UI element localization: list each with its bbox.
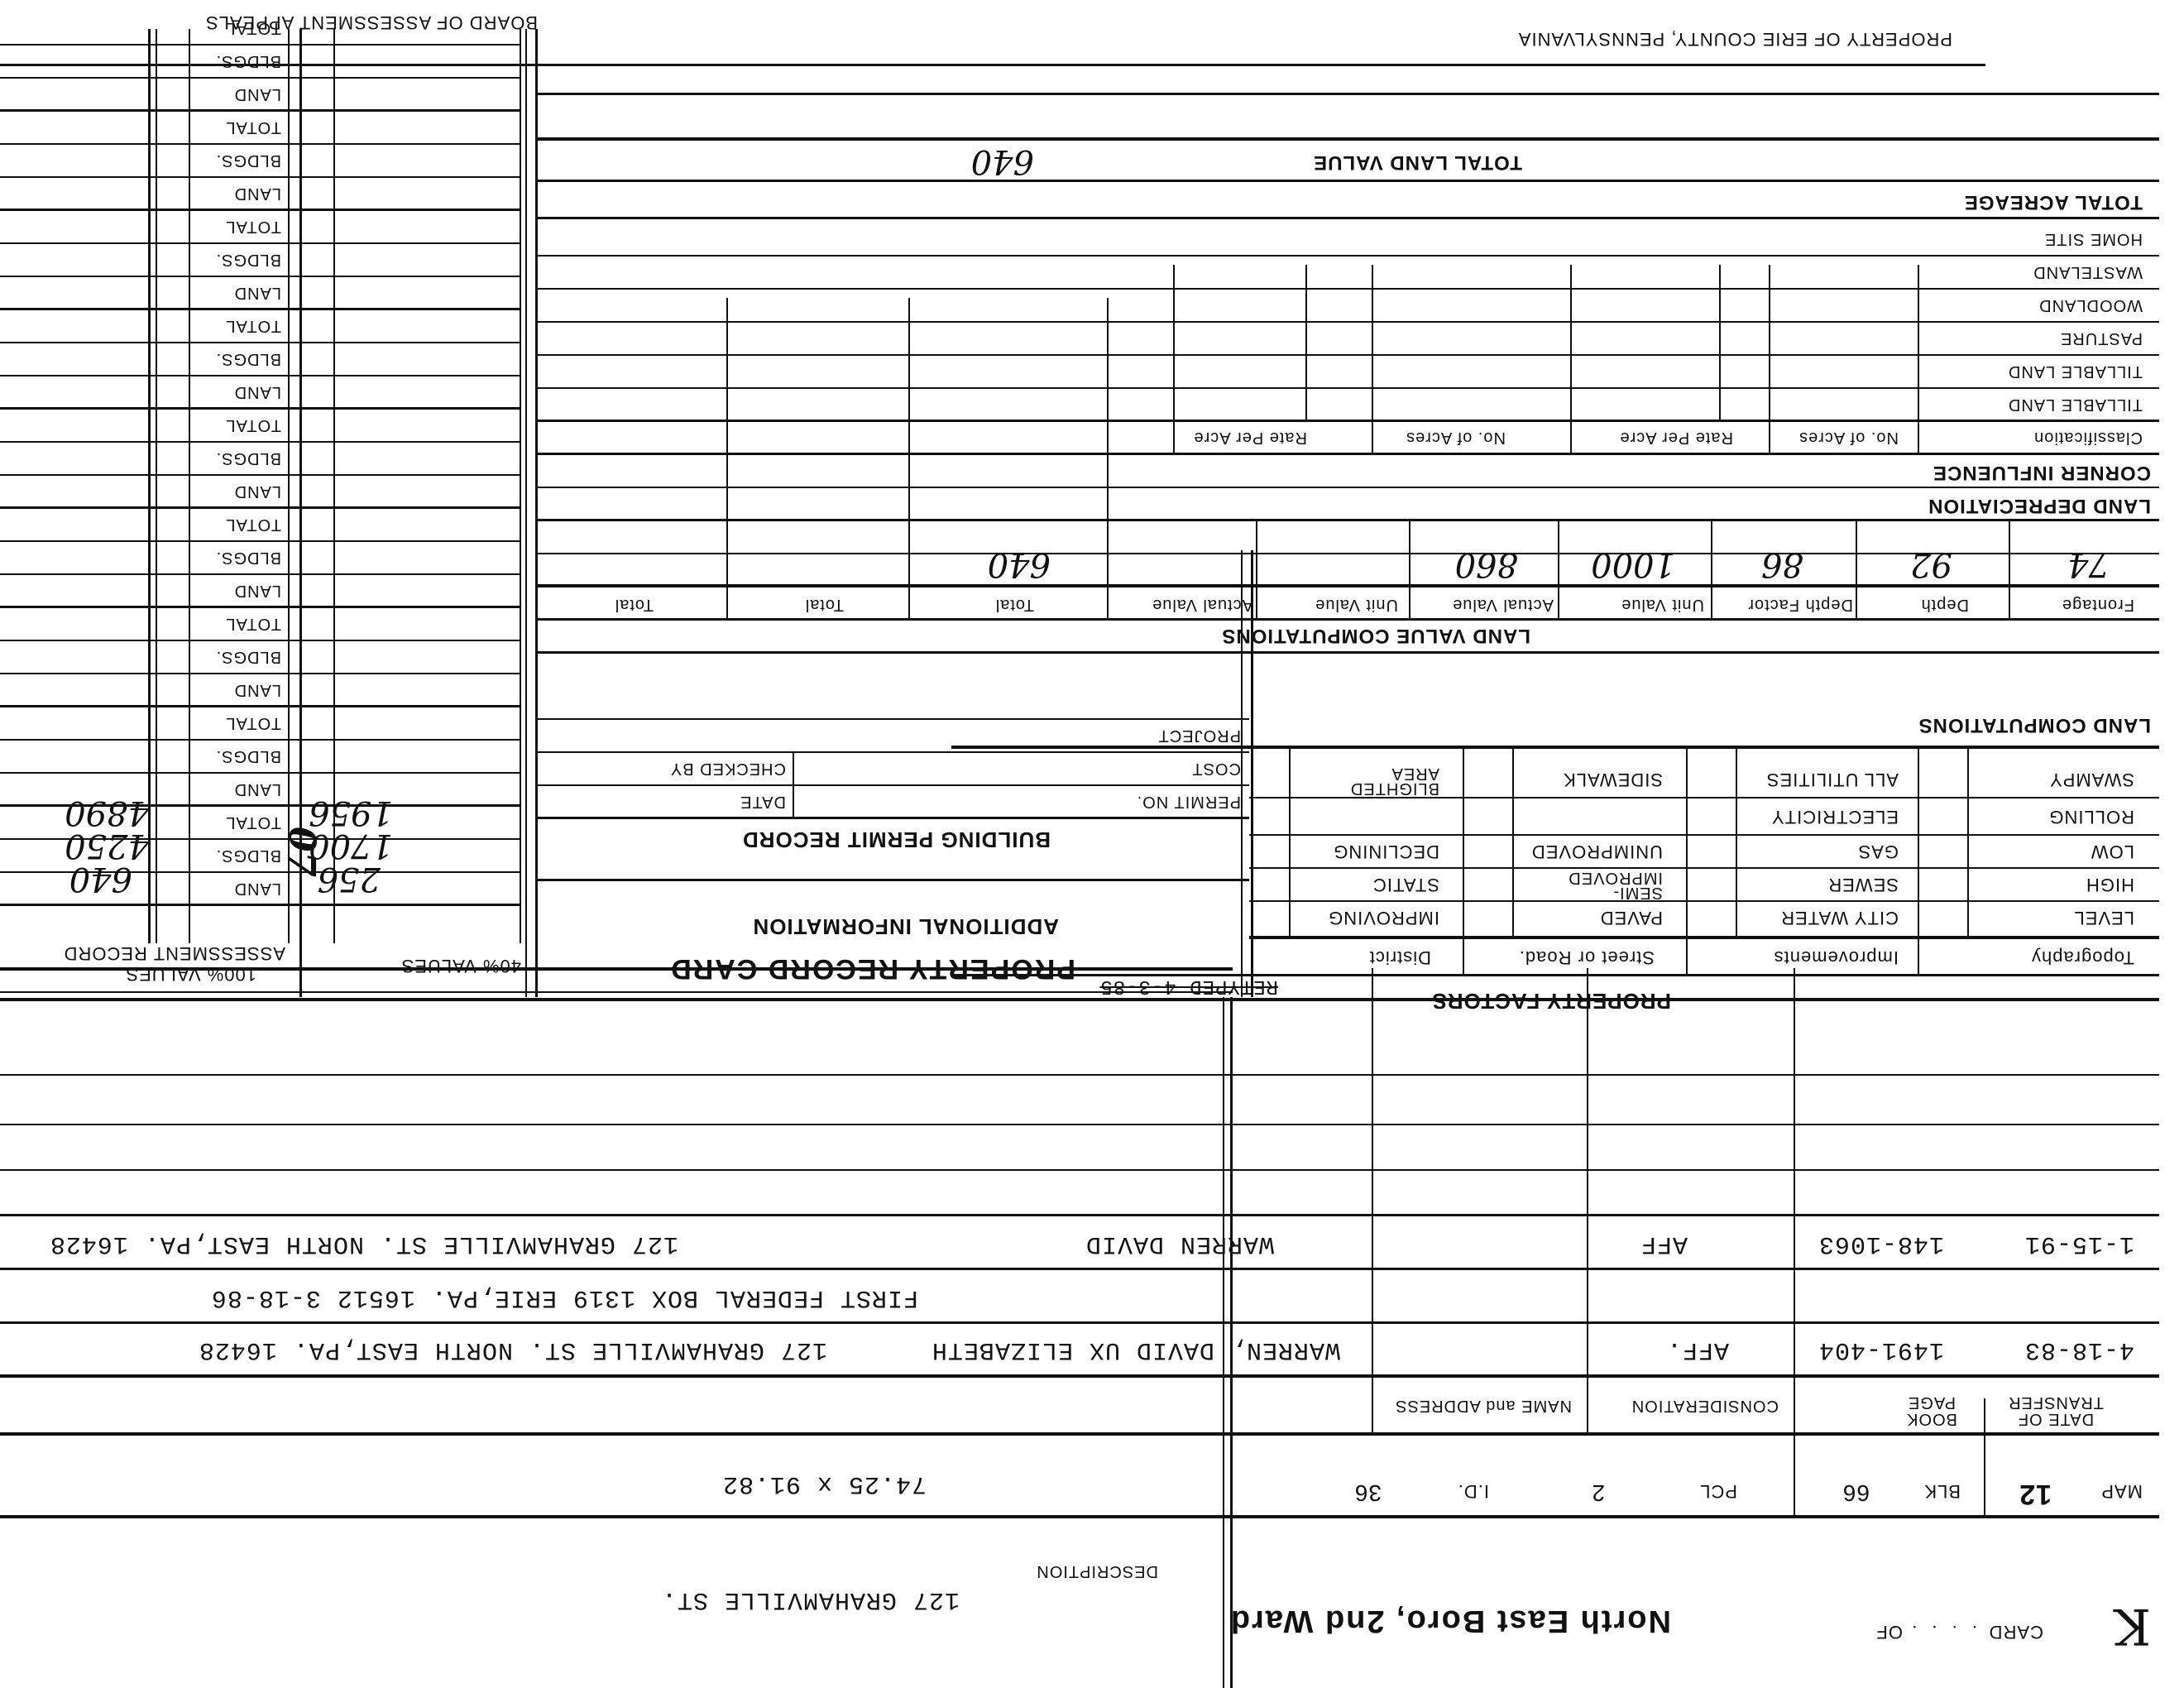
assessment-row-label: BLDGS. xyxy=(216,746,281,765)
assessment-row-label: LAND xyxy=(234,482,281,501)
assessment-row-line xyxy=(0,474,521,476)
assessment-row-label: BLDGS. xyxy=(216,151,281,170)
assessment-row-label: LAND xyxy=(234,879,281,898)
pcl-label: PCL xyxy=(1699,1480,1737,1502)
factor-paved: PAVED xyxy=(1600,907,1663,928)
lv-frontage-value: 74 xyxy=(2067,545,2110,583)
lv-header-depth: Depth xyxy=(1921,595,1969,614)
assessment-row-line xyxy=(0,640,521,641)
district-name: North East Boro, 2nd Ward xyxy=(1229,1603,1671,1638)
factor-all-utilities: ALL UTILITIES xyxy=(1766,769,1899,790)
assessment-row-line xyxy=(0,44,521,46)
transfer-row-1-address: 127 GRAHAMVILLE ST. NORTH EAST,PA. 16428 xyxy=(199,1336,827,1364)
acreage-row-total: TOTAL ACREAGE xyxy=(1964,190,2143,213)
acreage-row-tillable-1: TILLABLE LAND xyxy=(2008,395,2143,414)
assessment-row-line xyxy=(0,506,521,509)
lv-header-unit-value: Unit Value xyxy=(1621,595,1704,614)
assessment-row-line xyxy=(0,441,521,443)
transfer-row-3-book: 148-1063 xyxy=(1818,1230,1944,1258)
assessment-row-label: TOTAL xyxy=(225,515,281,534)
blk-label: BLK xyxy=(1923,1480,1961,1502)
total-land-value-label: TOTAL LAND VALUE xyxy=(1313,151,1522,174)
description-label: DESCRIPTION xyxy=(1036,1561,1158,1580)
assessment-row-label: TOTAL xyxy=(225,713,281,732)
value-100-bldgs: 4250 xyxy=(65,827,149,865)
acreage-header-classification: Classification xyxy=(2033,428,2143,447)
assessment-row-line xyxy=(0,407,521,410)
book-page-header: BOOK PAGE xyxy=(1894,1394,1969,1427)
consideration-header: CONSIDERATION xyxy=(1631,1396,1779,1415)
assessment-row-line xyxy=(0,573,521,575)
assessment-row-label: BLDGS. xyxy=(216,51,281,70)
of-label: OF xyxy=(1875,1621,1903,1642)
assessment-row-label: TOTAL xyxy=(225,18,281,37)
permit-no-label: PERMIT NO. xyxy=(1137,792,1241,811)
acreage-header-rate-1: Rate Per Acre xyxy=(1619,428,1733,447)
assessment-row-label: LAND xyxy=(234,680,281,699)
transfer-row-2-address: FIRST FEDERAL BOX 1319 ERIE,PA. 16512 3-… xyxy=(211,1283,918,1312)
pct100-label: 100% VALUES xyxy=(125,963,256,985)
acreage-row-wasteland: WASTELAND xyxy=(2033,262,2143,281)
improvements-header: Improvements xyxy=(1774,947,1899,968)
assessment-row-label: LAND xyxy=(234,283,281,302)
transfer-row-3-date: 1-15-91 xyxy=(2024,1230,2134,1258)
assessment-row-line xyxy=(0,375,521,376)
property-record-card: K CARD . . . . . OF North East Boro, 2nd… xyxy=(0,0,2184,1688)
property-factors-title: PROPERTY FACTORS xyxy=(1431,988,1671,1014)
assessment-row-label: TOTAL xyxy=(225,614,281,633)
factor-sidewalk: SIDEWALK xyxy=(1563,769,1663,790)
assessment-row-label: LAND xyxy=(234,382,281,401)
permit-checked-by-label: CHECKED BY xyxy=(670,759,786,778)
total-land-value: 640 xyxy=(971,142,1034,180)
factor-swampy: SWAMPY xyxy=(2049,769,2134,790)
assessment-row-line xyxy=(0,242,521,244)
lv-unit-value: 1000 xyxy=(1591,545,1675,583)
street-header: Street or Road. xyxy=(1519,947,1655,968)
card-label: CARD xyxy=(1989,1621,2043,1642)
permit-date-label: DATE xyxy=(740,792,786,811)
assessment-row-line xyxy=(0,540,521,542)
acreage-row-pasture: PASTURE xyxy=(2060,328,2143,348)
district-header: District xyxy=(1369,947,1431,968)
acreage-header-no-acres-2: No. of Acres xyxy=(1406,428,1506,447)
land-computations-title: LAND COMPUTATIONS xyxy=(1918,713,2151,736)
assessment-row-line xyxy=(0,673,521,674)
dimensions: 74.25 x 91.82 xyxy=(722,1470,927,1498)
assessment-row-line xyxy=(0,739,521,741)
factor-sewer: SEWER xyxy=(1827,874,1899,895)
factor-low: LOW xyxy=(2091,841,2134,862)
factor-declining: DECLINING xyxy=(1333,841,1439,862)
factor-gas: GAS xyxy=(1858,841,1899,862)
factor-static: STATIC xyxy=(1372,874,1439,895)
acreage-row-woodland: WOODLAND xyxy=(2038,295,2143,314)
map-label: MAP xyxy=(2100,1480,2143,1502)
building-permit-title: BUILDING PERMIT RECORD xyxy=(742,827,1051,852)
lv-header-total-3: Total xyxy=(615,595,654,614)
acreage-header-no-acres-1: No. of Acres xyxy=(1798,428,1899,447)
factor-city-water: CITY WATER xyxy=(1780,907,1899,928)
additional-info-title: ADDITIONAL INFORMATION xyxy=(752,914,1059,939)
factor-semi-improved: SEMI-IMPROVED xyxy=(1539,870,1663,900)
lv-header-frontage: Frontage xyxy=(2062,595,2134,614)
assessment-row-label: BLDGS. xyxy=(216,548,281,567)
name-address-header: NAME and ADDRESS xyxy=(1395,1396,1572,1415)
assessment-row-label: BLDGS. xyxy=(216,250,281,269)
assessment-row-label: BLDGS. xyxy=(216,349,281,368)
assessment-row-line xyxy=(0,109,521,112)
factor-unimproved: UNIMPROVED xyxy=(1531,841,1663,862)
id-label: I.D. xyxy=(1458,1480,1489,1502)
transfer-row-1-name: WARREN, DAVID UX ELIZABETH xyxy=(932,1336,1340,1364)
assessment-row-label: LAND xyxy=(234,184,281,203)
transfer-row-3-name: WARREN DAVID xyxy=(1085,1230,1274,1258)
transfer-row-3-consideration: AFF xyxy=(1640,1230,1688,1258)
assessment-row-line xyxy=(0,804,521,807)
lv-header-total-1: Total xyxy=(995,595,1034,614)
assessment-row-label: TOTAL xyxy=(225,217,281,236)
lv-depth-factor-value: 86 xyxy=(1761,545,1803,583)
property-of-erie-title: PROPERTY OF ERIE COUNTY, PENNSYLVANIA xyxy=(1518,28,1952,50)
assessment-row-line xyxy=(0,705,521,707)
assessment-row-line xyxy=(0,143,521,145)
assessment-row-label: LAND xyxy=(234,84,281,103)
record-card-title: PROPERTY RECORD CARD xyxy=(669,952,1075,985)
value-40-land: 256 xyxy=(318,860,381,898)
acreage-header-rate-2: Rate Per Acre xyxy=(1193,428,1307,447)
permit-project-label: PROJECT xyxy=(1158,726,1241,745)
corner-influence-label: CORNER INFLUENCE xyxy=(1933,461,2151,484)
assessment-row-label: BLDGS. xyxy=(216,647,281,666)
lv-total-value: 640 xyxy=(988,545,1051,583)
transfer-date-header: DATE OF TRANSFER xyxy=(1985,1394,2126,1427)
pcl-value: 2 xyxy=(1591,1479,1605,1506)
assessment-row-line xyxy=(0,342,521,343)
pct40-label: 40% VALUES xyxy=(401,955,521,976)
assessment-row-label: LAND xyxy=(234,779,281,798)
lv-header-actual-value: Actual Value xyxy=(1452,595,1554,614)
description-value: 127 GRAHAMVILLE ST. xyxy=(661,1585,960,1614)
assessment-row-line xyxy=(0,772,521,774)
land-depreciation-label: LAND DEPRECIATION xyxy=(1928,494,2151,517)
acreage-row-tillable-2: TILLABLE LAND xyxy=(2008,362,2143,381)
assessment-row-label: TOTAL xyxy=(225,117,281,137)
lv-header-depth-factor: Depth Factor xyxy=(1747,595,1853,614)
assessment-row-line xyxy=(0,176,521,178)
factor-level: LEVEL xyxy=(2074,907,2135,928)
lv-actual-value: 860 xyxy=(1455,545,1518,583)
transfer-row-1-consideration: AFF. xyxy=(1666,1336,1729,1364)
topography-header: Topography xyxy=(2031,947,2134,968)
map-value: 12 xyxy=(2019,1478,2052,1510)
lv-header-total-2: Total xyxy=(805,595,844,614)
value-100-land: 640 xyxy=(69,860,132,898)
blk-value: 66 xyxy=(1842,1479,1870,1506)
assessment-row-label: TOTAL xyxy=(225,316,281,335)
assessment-row-label: BLDGS. xyxy=(216,846,281,865)
assessment-row-label: TOTAL xyxy=(225,813,281,832)
factor-rolling: ROLLING xyxy=(2048,806,2134,827)
assessment-row-line xyxy=(0,308,521,310)
assessment-row-line xyxy=(0,276,521,277)
lv-header-unit-value-2: Unit Value xyxy=(1315,595,1398,614)
handmark: K xyxy=(2114,1597,2151,1655)
factor-improving: IMPROVING xyxy=(1328,907,1439,928)
land-value-computations-title: LAND VALUE COMPUTATIONS xyxy=(1221,624,1530,647)
assessment-row-label: TOTAL xyxy=(225,415,281,434)
assessment-row-label: BLDGS. xyxy=(216,448,281,468)
transfer-row-1-date: 4-18-83 xyxy=(2024,1336,2134,1364)
assessment-row-label: LAND xyxy=(234,581,281,600)
factor-electricity: ELECTRICITY xyxy=(1771,806,1899,827)
transfer-row-1-book: 1491-404 xyxy=(1818,1336,1944,1364)
assessment-row-line xyxy=(0,77,521,79)
permit-cost-label: COST xyxy=(1191,759,1241,778)
factor-blighted-area: BLIGHTED AREA xyxy=(1315,766,1439,796)
assessment-row-line xyxy=(0,606,521,608)
factor-high: HIGH xyxy=(2086,874,2134,895)
transfer-row-3-address: 127 GRAHAMVILLE ST. NORTH EAST,PA. 16428 xyxy=(50,1230,678,1258)
year-mark: 07 xyxy=(280,827,323,877)
assessment-row-line xyxy=(0,904,521,906)
value-100-total: 4890 xyxy=(65,794,149,832)
assessment-row-line xyxy=(0,209,521,211)
acreage-row-home-site: HOME SITE xyxy=(2044,229,2143,248)
assessment-row-line xyxy=(0,871,521,873)
lv-depth-value: 92 xyxy=(1910,545,1952,583)
assessment-row-line xyxy=(0,838,521,840)
lv-header-actual-value-2: Actual Value xyxy=(1152,595,1253,614)
id-value: 36 xyxy=(1354,1479,1382,1506)
assessment-record-title: ASSESSMENT RECORD xyxy=(64,942,285,964)
